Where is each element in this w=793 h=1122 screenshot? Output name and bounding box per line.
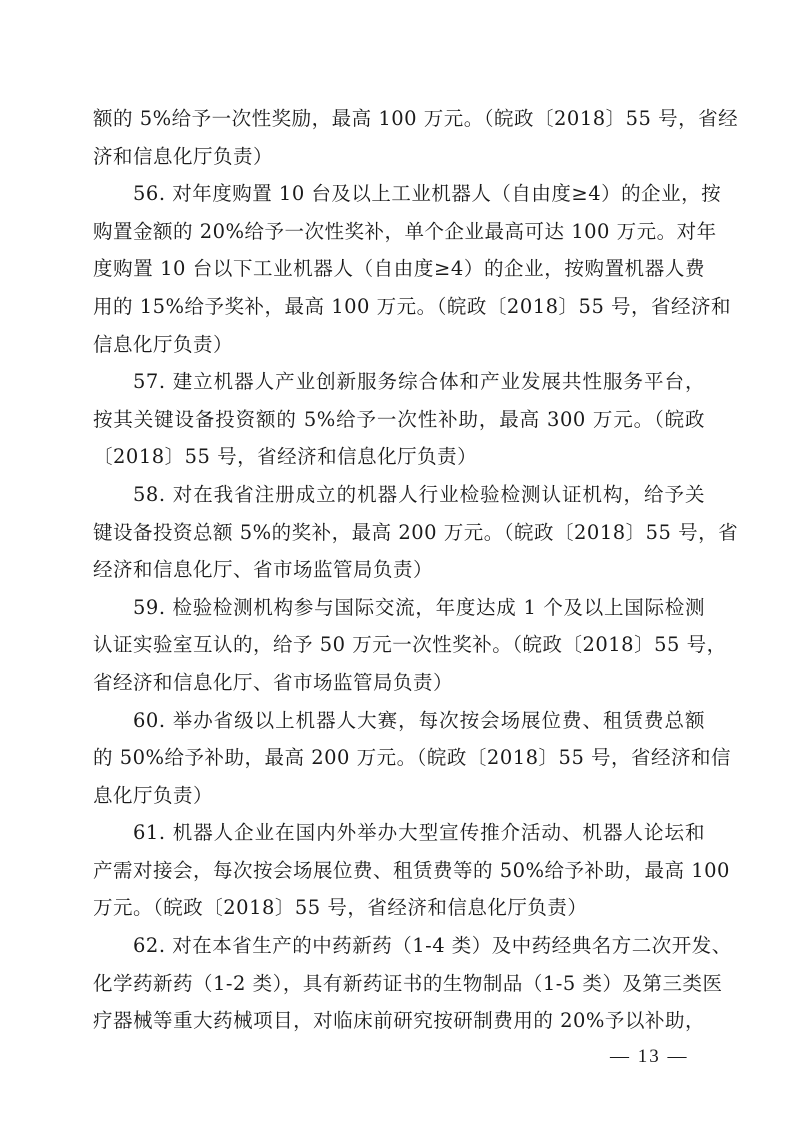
paragraph-60-line: 息化厅负责） <box>93 777 705 815</box>
document-body: 额的 5%给予一次性奖励，最高 100 万元。（皖政〔2018〕55 号，省经 … <box>93 100 705 1040</box>
paragraph-58-line: 键设备投资总额 5%的奖补，最高 200 万元。（皖政〔2018〕55 号，省 <box>93 514 705 552</box>
paragraph-61-line: 61. 机器人企业在国内外举办大型宣传推介活动、机器人论坛和 <box>93 814 705 852</box>
paragraph-58-line: 58. 对在我省注册成立的机器人行业检验检测认证机构，给予关 <box>93 476 705 514</box>
paragraph-57-line: 〔2018〕55 号，省经济和信息化厅负责） <box>93 438 705 476</box>
paragraph-59-line: 省经济和信息化厅、省市场监管局负责） <box>93 664 705 702</box>
paragraph-56-line: 购置金额的 20%给予一次性奖补，单个企业最高可达 100 万元。对年 <box>93 213 705 251</box>
paragraph-59-line: 59. 检验检测机构参与国际交流，年度达成 1 个及以上国际检测 <box>93 589 705 627</box>
paragraph-60-line: 的 50%给予补助，最高 200 万元。（皖政〔2018〕55 号，省经济和信 <box>93 739 705 777</box>
paragraph-62-line: 疗器械等重大药械项目，对临床前研究按研制费用的 20%予以补助， <box>93 1002 705 1040</box>
paragraph-62-line: 62. 对在本省生产的中药新药（1-4 类）及中药经典名方二次开发、 <box>93 927 705 965</box>
paragraph-59-line: 认证实验室互认的，给予 50 万元一次性奖补。（皖政〔2018〕55 号， <box>93 626 705 664</box>
paragraph-56-line: 信息化厅负责） <box>93 326 705 364</box>
paragraph-61-line: 产需对接会，每次按会场展位费、租赁费等的 50%给予补助，最高 100 <box>93 852 705 890</box>
paragraph-60-line: 60. 举办省级以上机器人大赛，每次按会场展位费、租赁费总额 <box>93 702 705 740</box>
paragraph-58-line: 经济和信息化厅、省市场监管局负责） <box>93 551 705 589</box>
paragraph-61-line: 万元。（皖政〔2018〕55 号，省经济和信息化厅负责） <box>93 889 705 927</box>
paragraph-56-line: 56. 对年度购置 10 台及以上工业机器人（自由度≥4）的企业，按 <box>93 175 705 213</box>
paragraph-56-line: 度购置 10 台以下工业机器人（自由度≥4）的企业，按购置机器人费 <box>93 250 705 288</box>
paragraph-62-line: 化学药新药（1-2 类），具有新药证书的生物制品（1-5 类）及第三类医 <box>93 965 705 1003</box>
text-line: 额的 5%给予一次性奖励，最高 100 万元。（皖政〔2018〕55 号，省经 <box>93 100 705 138</box>
paragraph-57-line: 57. 建立机器人产业创新服务综合体和产业发展共性服务平台， <box>93 363 705 401</box>
paragraph-56-line: 用的 15%给予奖补，最高 100 万元。（皖政〔2018〕55 号，省经济和 <box>93 288 705 326</box>
text-line: 济和信息化厅负责） <box>93 138 705 176</box>
page-number: — 13 — <box>610 1046 689 1068</box>
paragraph-57-line: 按其关键设备投资额的 5%给予一次性补助，最高 300 万元。（皖政 <box>93 401 705 439</box>
